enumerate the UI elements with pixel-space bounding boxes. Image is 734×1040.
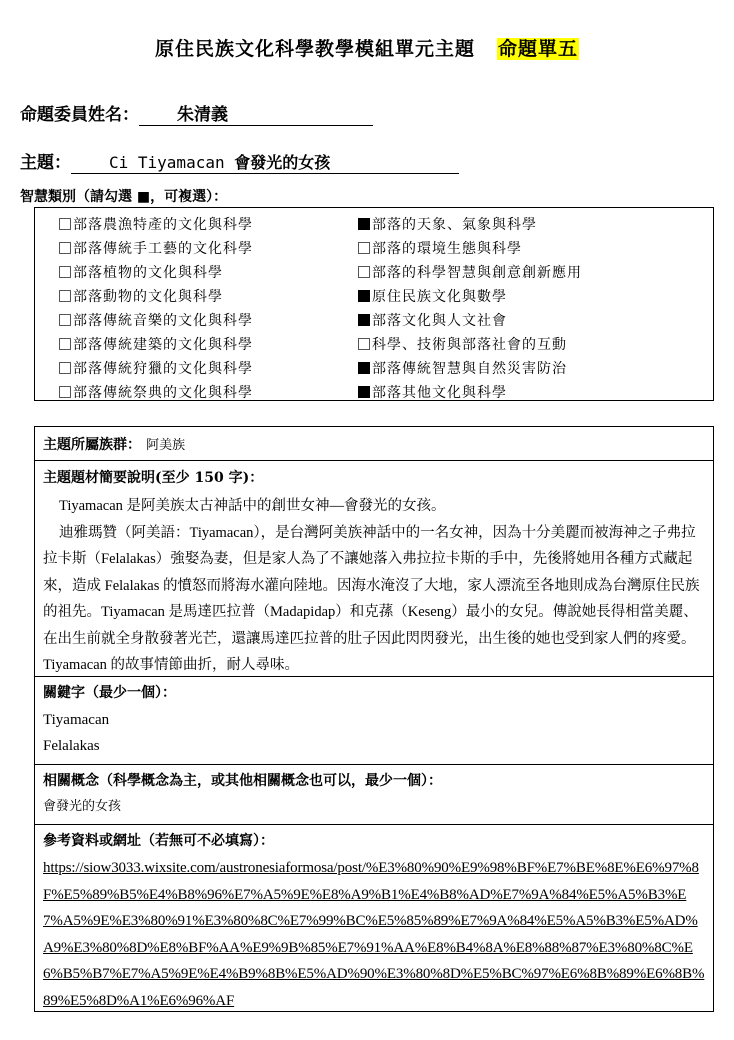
references-label: 參考資料或網址（若無可不必填寫）： [43, 825, 705, 855]
category-checkbox-item[interactable]: 部落傳統狩獵的文化與科學 [59, 357, 253, 381]
references-section: 參考資料或網址（若無可不必填寫）： https://siow3033.wixsi… [35, 825, 713, 1011]
category-checkbox-item[interactable]: 原住民族文化與數學 [358, 285, 582, 309]
unchecked-box-icon[interactable] [59, 314, 71, 326]
description-section: 主題題材簡要說明(至少 150 字)： Tiyamacan 是阿美族太古神話中的… [35, 461, 713, 677]
unchecked-box-icon[interactable] [358, 338, 370, 350]
unchecked-box-icon[interactable] [59, 362, 71, 374]
topic-value-zh: 會發光的女孩 [234, 153, 330, 172]
reference-link[interactable]: https://siow3033.wixsite.com/austronesia… [43, 855, 705, 1014]
unchecked-box-icon[interactable] [59, 386, 71, 398]
unchecked-box-icon[interactable] [59, 338, 71, 350]
checked-box-icon[interactable] [358, 314, 370, 326]
category-checkbox-item[interactable]: 科學、技術與部落社會的互動 [358, 333, 582, 357]
unchecked-box-icon[interactable] [59, 266, 71, 278]
category-checkbox-item[interactable]: 部落傳統建築的文化與科學 [59, 333, 253, 357]
unchecked-box-icon[interactable] [59, 242, 71, 254]
title-highlight-badge: 命題單五 [497, 38, 579, 60]
category-checkbox-item[interactable]: 部落植物的文化與科學 [59, 261, 253, 285]
category-checkbox-item[interactable]: 部落文化與人文社會 [358, 309, 582, 333]
committee-member-row: 命題委員姓名：朱清義 [20, 100, 373, 126]
category-checkbox-item[interactable]: 部落傳統智慧與自然災害防治 [358, 357, 582, 381]
category-label-text: 部落的環境生態與科學 [372, 241, 522, 257]
category-checkbox-item[interactable]: 部落傳統音樂的文化與科學 [59, 309, 253, 333]
category-checkbox-item[interactable]: 部落傳統祭典的文化與科學 [59, 381, 253, 405]
category-checkbox-item[interactable]: 部落的科學智慧與創意創新應用 [358, 261, 582, 285]
category-label-text: 部落傳統祭典的文化與科學 [73, 385, 253, 401]
concepts-section: 相關概念（科學概念為主，或其他相關概念也可以，最少一個）： 會發光的女孩 [35, 765, 713, 825]
category-label-text: 原住民族文化與數學 [372, 289, 507, 305]
category-label-text: 部落農漁特產的文化與科學 [73, 217, 253, 233]
category-label-text: 部落傳統智慧與自然災害防治 [372, 361, 567, 377]
keywords-section: 關鍵字（最少一個）： Tiyamacan Felalakas [35, 677, 713, 765]
topic-row: 主題：Ci Tiyamacan 會發光的女孩 [20, 148, 459, 174]
category-label-text: 部落其他文化與科學 [372, 385, 507, 401]
topic-label: 主題： [20, 153, 71, 173]
category-checkbox-item[interactable]: 部落動物的文化與科學 [59, 285, 253, 309]
tribe-value: 阿美族 [146, 438, 185, 453]
category-label-text: 部落傳統手工藝的文化科學 [73, 241, 253, 257]
description-paragraph: 迪雅瑪贊（阿美語：Tiyamacan），是台灣阿美族神話中的一名女神，因為十分美… [43, 520, 705, 679]
committee-member-value: 朱清義 [139, 100, 373, 126]
checked-box-icon[interactable] [358, 218, 370, 230]
checked-box-icon[interactable] [358, 362, 370, 374]
keywords-label: 關鍵字（最少一個）： [43, 677, 705, 707]
category-label-text: 部落傳統音樂的文化與科學 [73, 313, 253, 329]
category-column-left: 部落農漁特產的文化與科學部落傳統手工藝的文化科學部落植物的文化與科學部落動物的文… [59, 213, 253, 405]
category-checkbox-item[interactable]: 部落其他文化與科學 [358, 381, 582, 405]
unchecked-box-icon[interactable] [59, 290, 71, 302]
unchecked-box-icon[interactable] [358, 266, 370, 278]
checked-box-icon[interactable] [358, 290, 370, 302]
category-checkbox-item[interactable]: 部落的環境生態與科學 [358, 237, 582, 261]
description-paragraph: Tiyamacan 是阿美族太古神話中的創世女神—會發光的女孩。 [43, 493, 705, 520]
topic-value-latin: Ci Tiyamacan [109, 153, 234, 172]
category-label: 智慧類別（請勾選 ■，可複選）： [20, 186, 227, 206]
title-text: 原住民族文化科學教學模組單元主題 [155, 38, 475, 60]
committee-member-label: 命題委員姓名： [20, 105, 139, 125]
category-label-text: 科學、技術與部落社會的互動 [372, 337, 567, 353]
unchecked-box-icon[interactable] [59, 218, 71, 230]
topic-value: Ci Tiyamacan 會發光的女孩 [71, 150, 459, 174]
description-label: 主題題材簡要說明(至少 150 字)： [43, 461, 705, 493]
category-label-text: 部落動物的文化與科學 [73, 289, 223, 305]
info-table: 主題所屬族群： 阿美族 主題題材簡要說明(至少 150 字)： Tiyamaca… [34, 426, 714, 1012]
category-checkbox-item[interactable]: 部落傳統手工藝的文化科學 [59, 237, 253, 261]
category-label-text: 部落的天象、氣象與科學 [372, 217, 537, 233]
category-label-text: 部落植物的文化與科學 [73, 265, 223, 281]
category-label-text: 部落文化與人文社會 [372, 313, 507, 329]
keyword-item: Tiyamacan [43, 707, 705, 733]
keyword-item: Felalakas [43, 733, 705, 759]
category-checkbox-item[interactable]: 部落的天象、氣象與科學 [358, 213, 582, 237]
category-column-right: 部落的天象、氣象與科學部落的環境生態與科學部落的科學智慧與創意創新應用原住民族文… [358, 213, 582, 405]
concept-value: 會發光的女孩 [43, 795, 705, 819]
category-label-text: 部落的科學智慧與創意創新應用 [372, 265, 582, 281]
category-checklist: 部落農漁特產的文化與科學部落傳統手工藝的文化科學部落植物的文化與科學部落動物的文… [34, 207, 714, 401]
category-label-text: 部落傳統狩獵的文化與科學 [73, 361, 253, 377]
category-checkbox-item[interactable]: 部落農漁特產的文化與科學 [59, 213, 253, 237]
checked-box-icon[interactable] [358, 386, 370, 398]
unchecked-box-icon[interactable] [358, 242, 370, 254]
tribe-label: 主題所屬族群： [43, 437, 141, 453]
tribe-section: 主題所屬族群： 阿美族 [35, 427, 713, 461]
concepts-label: 相關概念（科學概念為主，或其他相關概念也可以，最少一個）： [43, 765, 705, 795]
document-title: 原住民族文化科學教學模組單元主題命題單五 [0, 34, 734, 61]
category-label-text: 部落傳統建築的文化與科學 [73, 337, 253, 353]
